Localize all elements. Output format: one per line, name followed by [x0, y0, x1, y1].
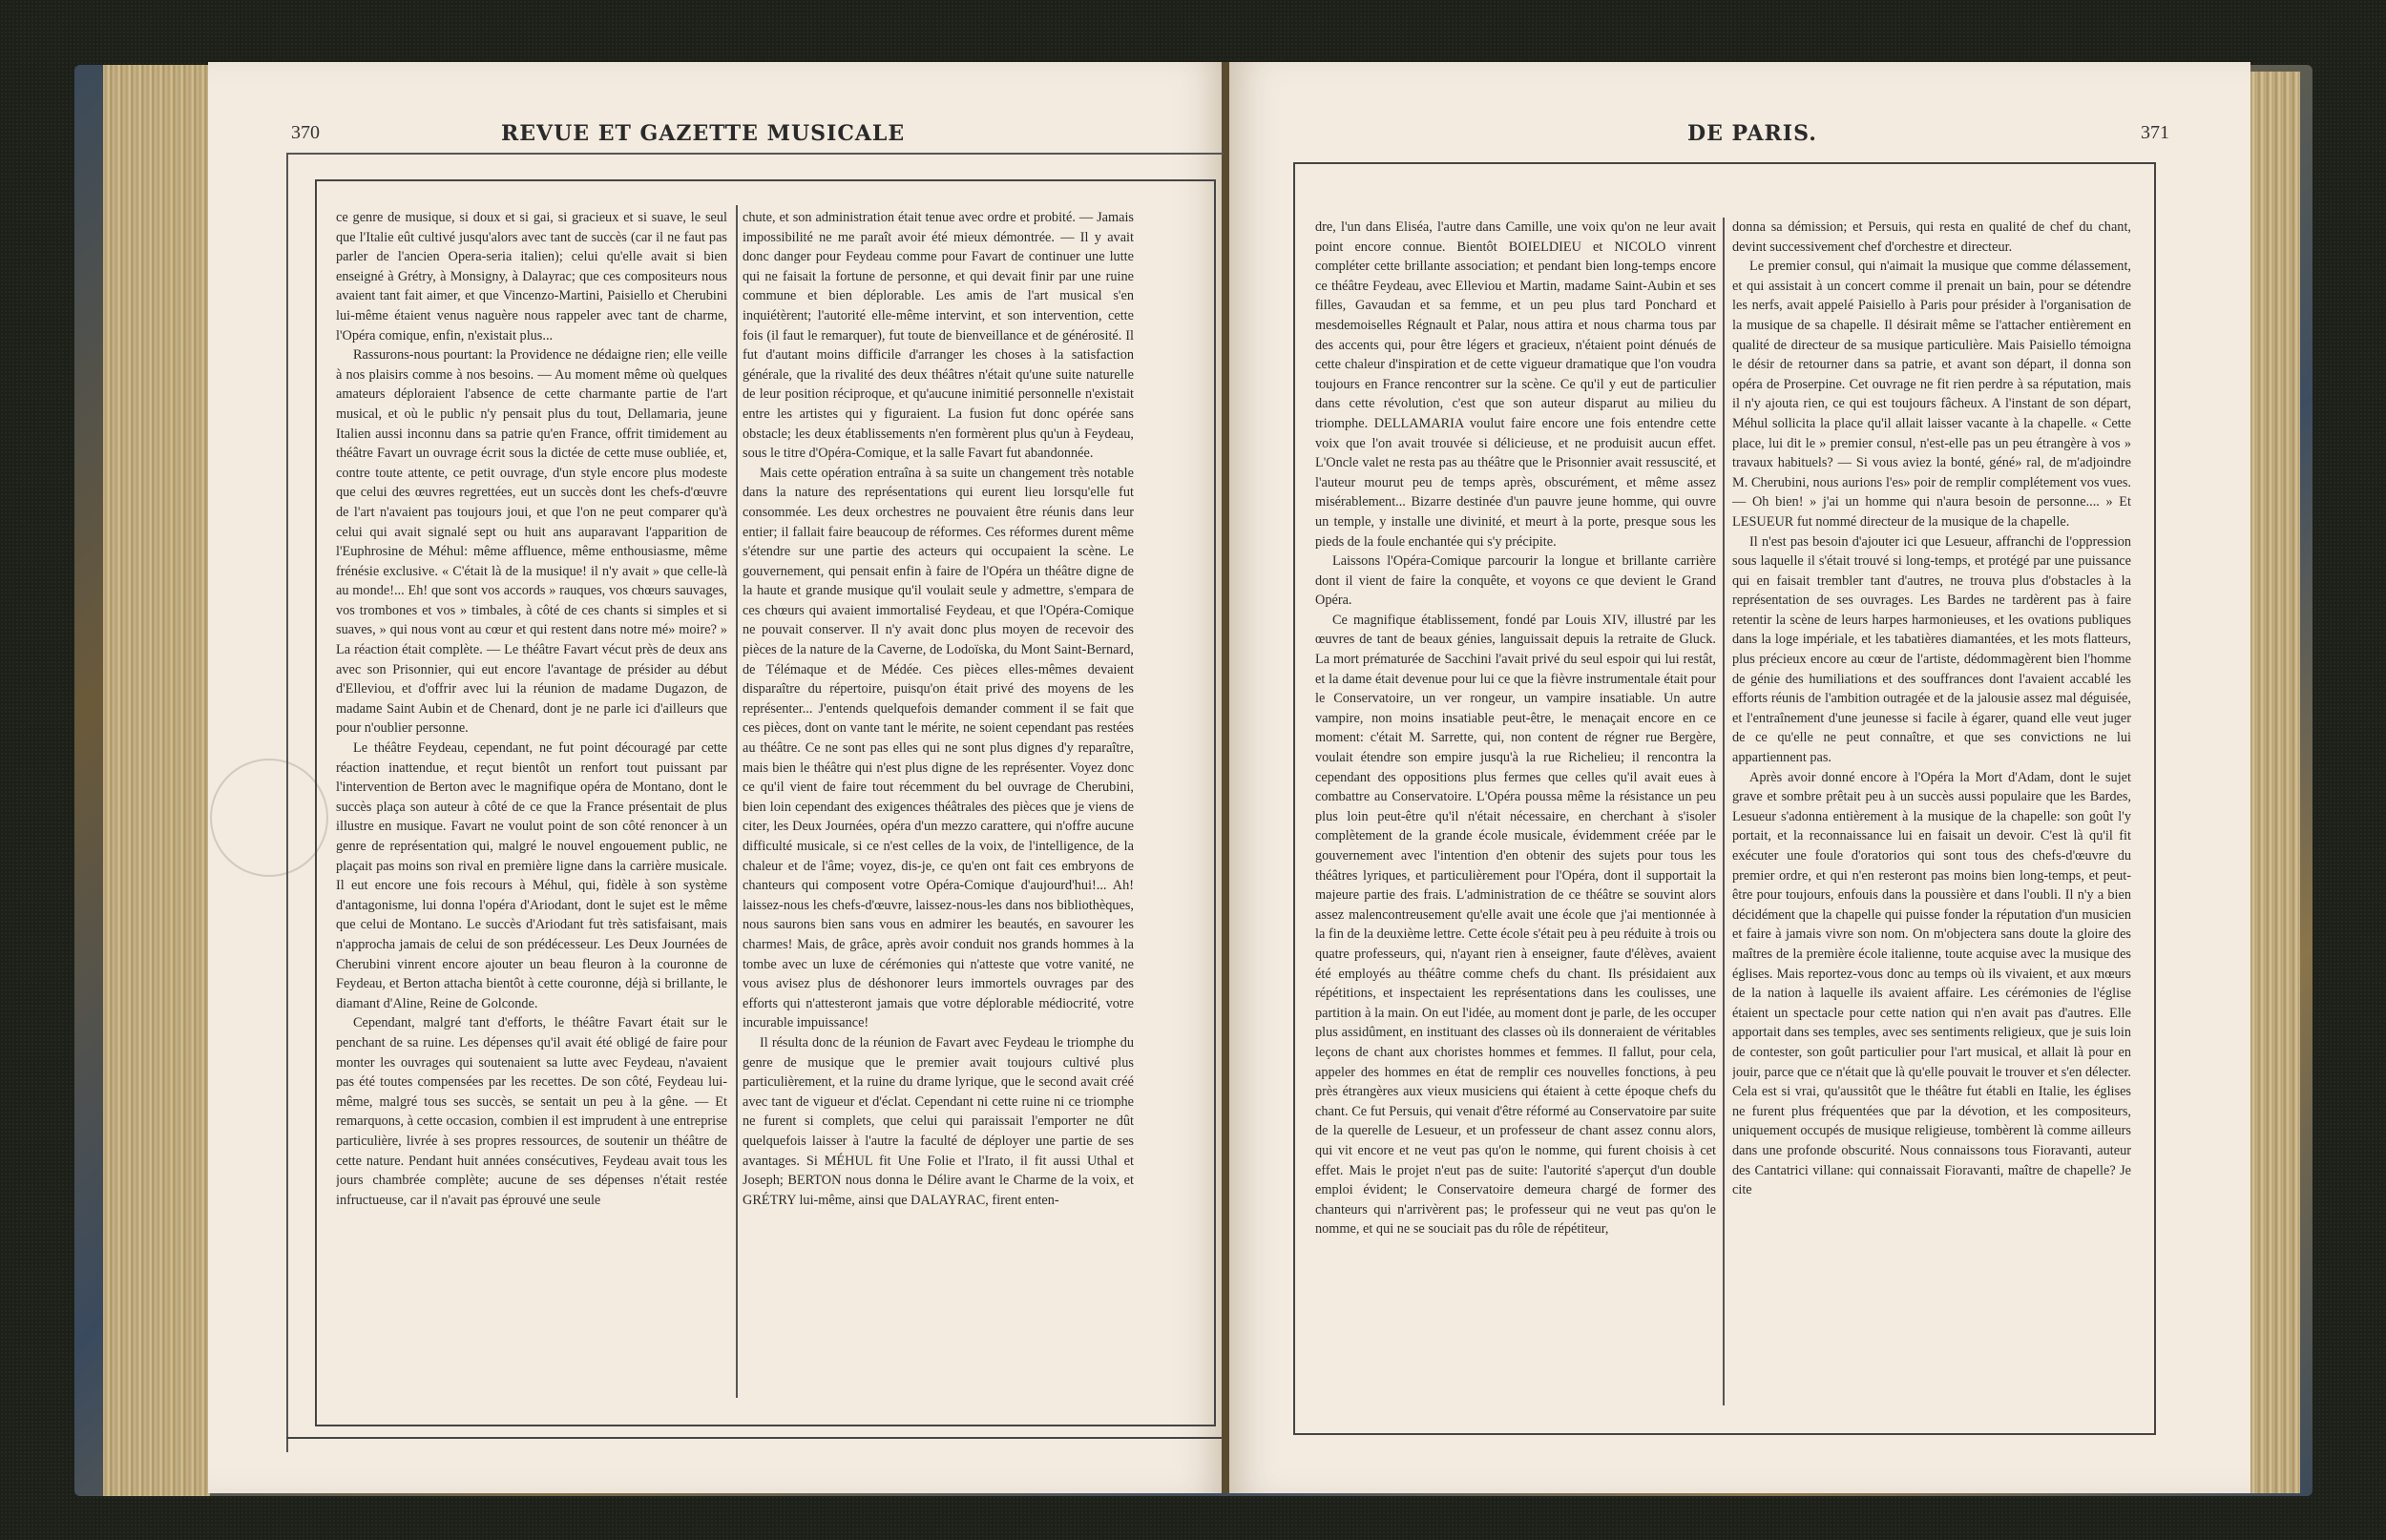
- running-head-left: REVUE ET GAZETTE MUSICALE: [501, 121, 905, 146]
- page-edges-right: [2248, 72, 2300, 1493]
- paragraph: Le théâtre Feydeau, cependant, ne fut po…: [336, 739, 727, 1013]
- right-page-column-1: dre, l'un dans Eliséa, l'autre dans Cami…: [1315, 218, 1716, 1401]
- page-edges-left: [103, 65, 210, 1496]
- right-page-column-2: donna sa démission; et Persuis, qui rest…: [1732, 218, 2131, 1401]
- paragraph: dre, l'un dans Eliséa, l'autre dans Cami…: [1315, 218, 1716, 551]
- left-page-column-2: chute, et son administration était tenue…: [743, 208, 1134, 1391]
- paragraph: Ce magnifique établissement, fondé par L…: [1315, 611, 1716, 1239]
- paragraph: Il résulta donc de la réunion de Favart …: [743, 1033, 1134, 1210]
- paragraph: ce genre de musique, si doux et si gai, …: [336, 208, 727, 345]
- column-rule-left: [736, 205, 738, 1398]
- paragraph: Cependant, malgré tant d'efforts, le thé…: [336, 1013, 727, 1210]
- running-head-right: DE PARIS.: [1687, 121, 1817, 146]
- bottom-rule-left: [286, 1437, 1222, 1439]
- column-rule-right: [1723, 218, 1725, 1405]
- page-number-right: 371: [2141, 122, 2169, 144]
- left-page-column-1: ce genre de musique, si doux et si gai, …: [336, 208, 727, 1391]
- paragraph: Mais cette opération entraîna à sa suite…: [743, 464, 1134, 1033]
- paragraph: Il n'est pas besoin d'ajouter ici que Le…: [1732, 532, 2131, 768]
- paragraph: Après avoir donné encore à l'Opéra la Mo…: [1732, 768, 2131, 1200]
- paragraph: Le premier consul, qui n'aimait la musiq…: [1732, 257, 2131, 531]
- paragraph: chute, et son administration était tenue…: [743, 208, 1134, 464]
- page-number-left: 370: [291, 122, 320, 144]
- paragraph: Laissons l'Opéra-Comique parcourir la lo…: [1315, 551, 1716, 611]
- paragraph: Rassurons-nous pourtant: la Providence n…: [336, 345, 727, 739]
- paragraph: donna sa démission; et Persuis, qui rest…: [1732, 218, 2131, 257]
